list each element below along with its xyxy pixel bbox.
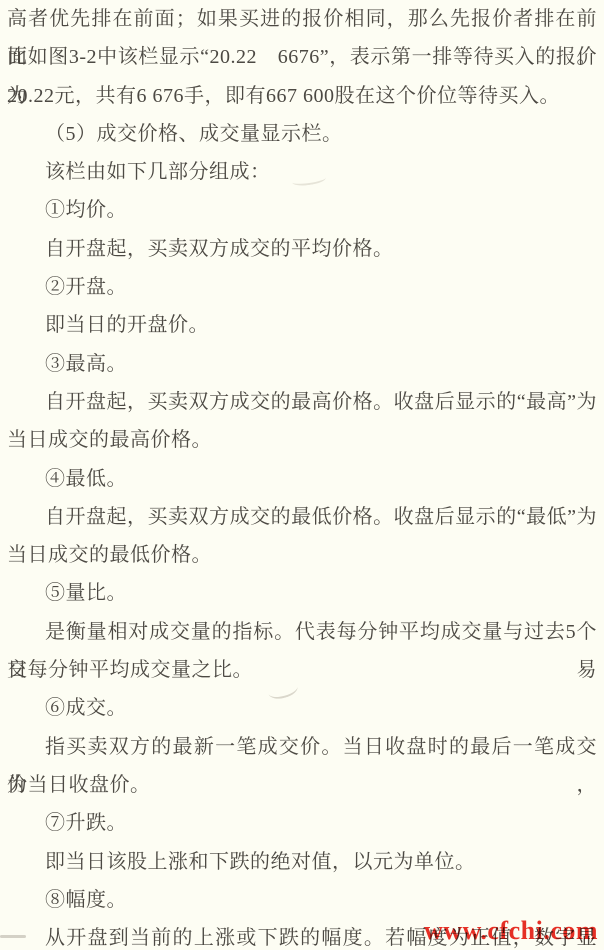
text-line-9: 即当日的开盘价。 [7,306,597,344]
text-line-1: 高者优先排在前面；如果买进的报价相同，那么先报价者排在前面。 [7,0,597,38]
text-line-3: 20.22元，共有6 676手，即有667 600股在这个价位等待买入。 [7,77,597,115]
text-line-10: ③最高。 [7,345,597,383]
text-line-13: ④最低。 [7,460,597,498]
body-text: 高者优先排在前面；如果买进的报价相同，那么先报价者排在前面。比如图3-2中该栏显… [7,0,597,950]
text-line-16: ⑤量比。 [7,574,597,612]
text-line-23: 即当日该股上涨和下跌的绝对值，以元为单位。 [7,843,597,881]
text-line-12: 当日成交的最高价格。 [7,421,597,459]
text-line-15: 当日成交的最低价格。 [7,536,597,574]
text-line-6: ①均价。 [7,191,597,229]
text-line-2: 比如图3-2中该栏显示“20.22 6676”，表示第一排等待买入的报价为 [7,38,597,76]
text-line-5: 该栏由如下几部分组成： [7,153,597,191]
site-watermark: www.cfchi.com [424,916,598,946]
text-line-22: ⑦升跌。 [7,804,597,842]
text-line-24: ⑧幅度。 [7,881,597,919]
text-line-19: ⑥成交。 [7,689,597,727]
text-line-7: 自开盘起，买卖双方成交的平均价格。 [7,230,597,268]
text-line-11: 自开盘起，买卖双方成交的最高价格。收盘后显示的“最高”为 [7,383,597,421]
text-line-20: 指买卖双方的最新一笔成交价。当日收盘时的最后一笔成交价， [7,728,597,766]
text-line-14: 自开盘起，买卖双方成交的最低价格。收盘后显示的“最低”为 [7,498,597,536]
scanned-book-page: 高者优先排在前面；如果买进的报价相同，那么先报价者排在前面。比如图3-2中该栏显… [0,0,604,950]
text-line-8: ②开盘。 [7,268,597,306]
text-line-4: （5）成交价格、成交量显示栏。 [7,115,597,153]
text-line-17: 是衡量相对成交量的指标。代表每分钟平均成交量与过去5个交易 [7,613,597,651]
scan-smudge [0,935,26,938]
